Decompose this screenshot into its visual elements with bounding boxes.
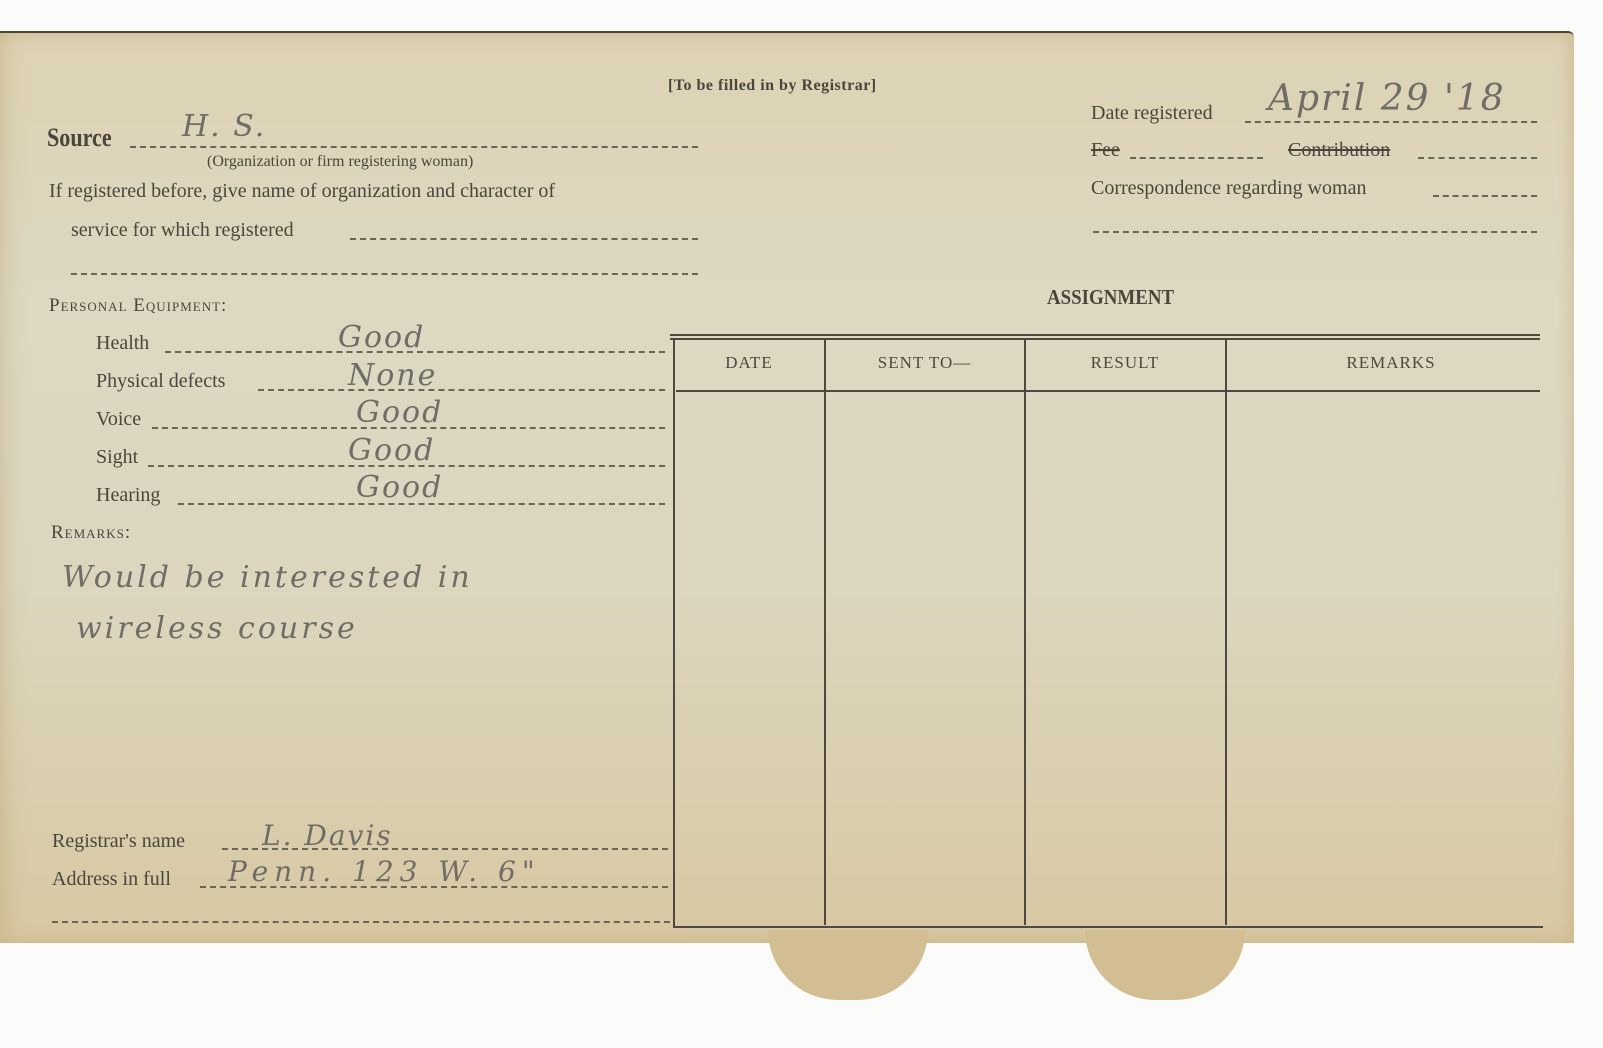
address-label: Address in full (52, 868, 171, 891)
equipment-line (258, 389, 665, 391)
equipment-value[interactable]: Good (348, 433, 435, 468)
equipment-value[interactable]: Good (338, 320, 425, 355)
fee-line (1130, 157, 1263, 159)
remarks-heading: Remarks: (51, 522, 131, 544)
source-label: Source (47, 123, 112, 153)
column-header-result: RESULT (1025, 353, 1225, 373)
registrar-name-value[interactable]: L. Davis (262, 819, 393, 852)
source-value[interactable]: H. S. (182, 109, 266, 144)
column-header-remarks: REMARKS (1226, 353, 1556, 373)
equipment-label: Health (96, 332, 149, 355)
column-header-date: DATE (674, 353, 824, 373)
registrar-name-label: Registrar's name (52, 830, 185, 853)
table-cell-remarks[interactable] (1227, 393, 1539, 925)
source-line (130, 146, 698, 148)
table-top-rule (670, 334, 1540, 336)
registration-card: [To be filled in by Registrar] Source H.… (0, 31, 1574, 943)
date-registered-value[interactable]: April 29 '18 (1268, 78, 1506, 119)
assignment-title: ASSIGNMENT (1047, 285, 1174, 310)
fee-label: Fee (1091, 139, 1120, 162)
table-top-rule-2 (670, 338, 1540, 340)
table-bottom-rule (673, 926, 1543, 928)
registrar-note: [To be filled in by Registrar] (668, 77, 877, 95)
equipment-label: Voice (96, 408, 141, 431)
table-cell-result[interactable] (1026, 393, 1224, 925)
previous-registration-line1: If registered before, give name of organ… (49, 180, 555, 203)
previous-registration-line2: service for which registered (71, 219, 294, 242)
source-caption: (Organization or firm registering woman) (207, 153, 473, 171)
correspondence-label: Correspondence regarding woman (1091, 177, 1366, 200)
equipment-label: Hearing (96, 484, 160, 507)
previous-registration-line (350, 238, 698, 240)
correspondence-line (1433, 195, 1537, 197)
contribution-label: Contribution (1288, 139, 1390, 162)
address-line-extra (52, 921, 670, 923)
column-header-sent-to: SENT TO— (825, 353, 1024, 373)
address-value[interactable]: Penn. 123 W. 6" (228, 855, 541, 888)
table-cell-sent-to[interactable] (826, 393, 1023, 925)
previous-registration-line-extra (71, 273, 698, 275)
correspondence-line-extra (1093, 231, 1537, 233)
date-registered-label: Date registered (1091, 102, 1213, 125)
remarks-line1[interactable]: Would be interested in (62, 560, 473, 595)
index-tab-right (1085, 930, 1245, 1000)
contribution-line (1418, 157, 1537, 159)
equipment-value[interactable]: Good (356, 395, 443, 430)
table-cell-date[interactable] (675, 393, 823, 925)
personal-equipment-heading: Personal Equipment: (49, 295, 227, 317)
index-tab-left (768, 930, 928, 1000)
equipment-label: Physical defects (96, 370, 225, 393)
date-registered-line (1245, 121, 1537, 123)
remarks-line2[interactable]: wireless course (76, 611, 358, 646)
equipment-value[interactable]: None (348, 358, 437, 393)
equipment-value[interactable]: Good (356, 470, 443, 505)
equipment-label: Sight (96, 446, 138, 469)
table-header-rule (676, 390, 1540, 392)
